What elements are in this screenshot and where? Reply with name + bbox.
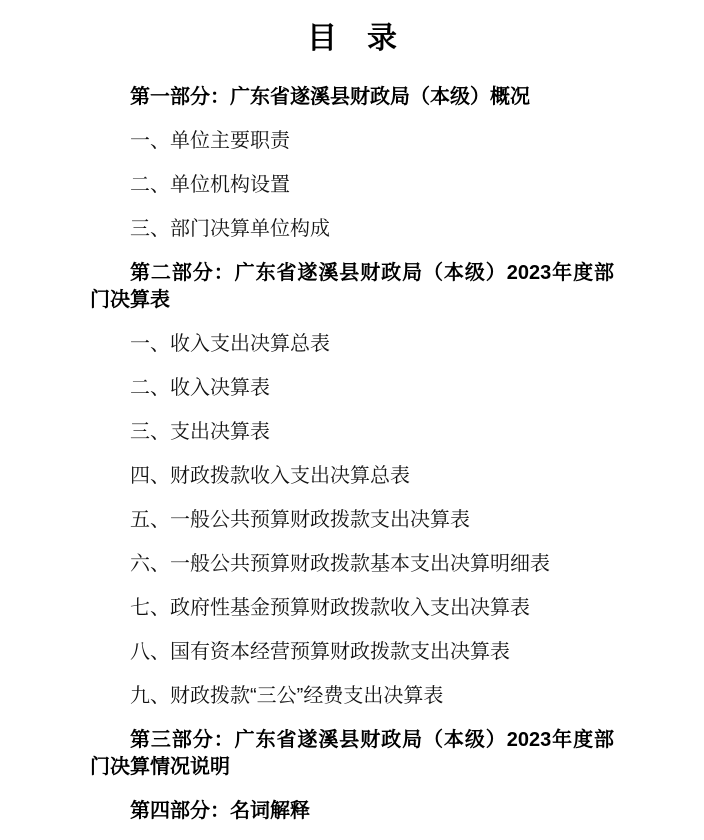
toc-entry: 三、支出决算表: [90, 419, 614, 446]
toc-section-part2: 第二部分：广东省遂溪县财政局（本级）2023年度部门决算表 一、收入支出决算总表…: [90, 260, 614, 710]
toc-section-part3: 第三部分：广东省遂溪县财政局（本级）2023年度部门决算情况说明: [90, 727, 614, 781]
toc-part2-heading: 第二部分：广东省遂溪县财政局（本级）2023年度部门决算表: [90, 260, 614, 314]
toc-entry: 五、一般公共预算财政拨款支出决算表: [90, 507, 614, 534]
toc-entry: 二、收入决算表: [90, 375, 614, 402]
toc-section-part1: 第一部分：广东省遂溪县财政局（本级）概况 一、单位主要职责 二、单位机构设置 三…: [90, 84, 614, 243]
toc-part1-heading: 第一部分：广东省遂溪县财政局（本级）概况: [90, 84, 614, 111]
toc-part3-heading: 第三部分：广东省遂溪县财政局（本级）2023年度部门决算情况说明: [90, 727, 614, 781]
document-page: 目 录 第一部分：广东省遂溪县财政局（本级）概况 一、单位主要职责 二、单位机构…: [0, 0, 704, 840]
toc-entry: 四、财政拨款收入支出决算总表: [90, 463, 614, 490]
toc-entry: 一、收入支出决算总表: [90, 331, 614, 358]
toc-entry: 九、财政拨款“三公”经费支出决算表: [90, 683, 614, 710]
toc-entry: 六、一般公共预算财政拨款基本支出决算明细表: [90, 551, 614, 578]
toc-entry: 八、国有资本经营预算财政拨款支出决算表: [90, 639, 614, 666]
toc-entry: 七、政府性基金预算财政拨款收入支出决算表: [90, 595, 614, 622]
toc-entry: 三、部门决算单位构成: [90, 216, 614, 243]
toc-part4-heading: 第四部分：名词解释: [90, 798, 614, 825]
toc-entry: 一、单位主要职责: [90, 128, 614, 155]
page-title: 目 录: [90, 20, 614, 58]
toc-section-part4: 第四部分：名词解释: [90, 798, 614, 825]
toc-entry: 二、单位机构设置: [90, 172, 614, 199]
